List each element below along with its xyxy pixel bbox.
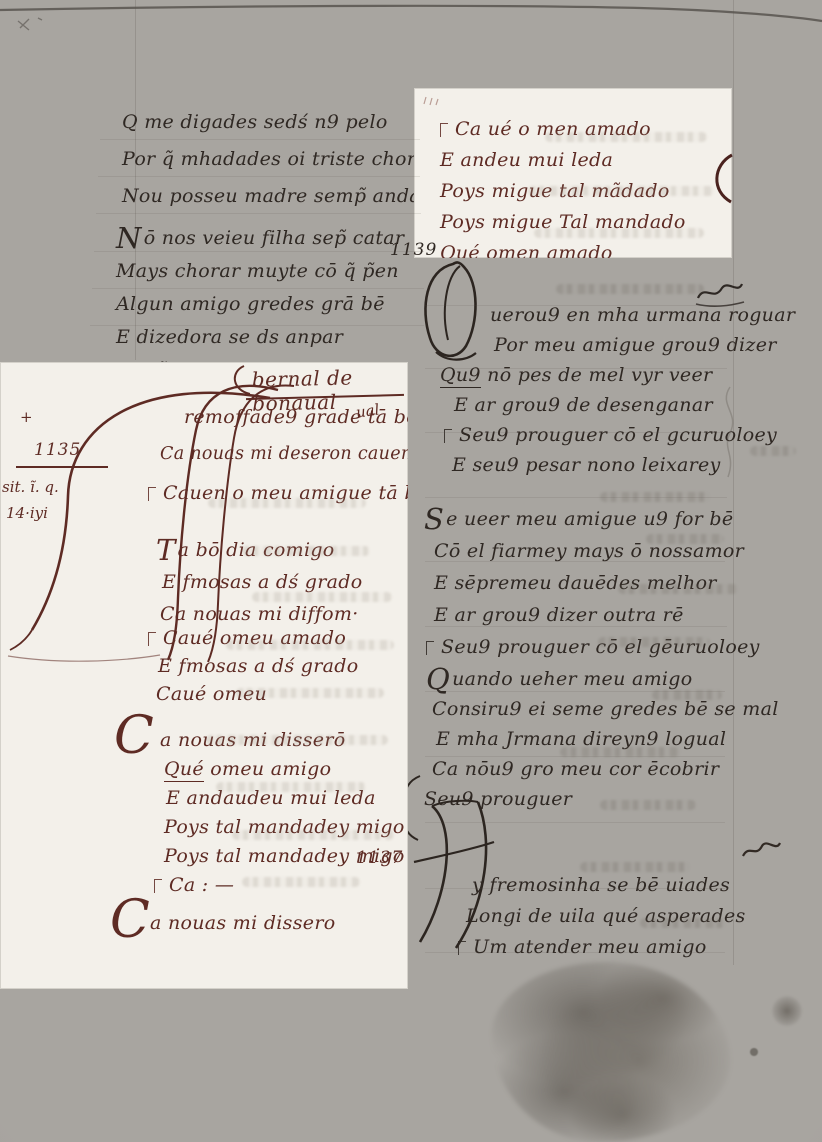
show-through-line xyxy=(598,637,710,647)
verse-line: a nouas mi dissero xyxy=(150,912,335,934)
ruling-line xyxy=(425,822,725,823)
ruling-line xyxy=(425,888,725,889)
ruling-line xyxy=(90,325,424,326)
verse-line: Seu9 prouguer cō el gēuruoloey xyxy=(426,631,760,663)
ruling-line xyxy=(425,691,725,692)
margin-note-1: sit. ĩ. q. xyxy=(2,478,59,496)
ruling-line xyxy=(425,626,727,627)
initial-letter: T xyxy=(156,533,176,567)
show-through-line xyxy=(206,735,388,745)
show-through-line xyxy=(545,132,707,142)
ruling-line xyxy=(425,756,725,757)
verse-line: Mays chorar muyte cō q̃ p̃en xyxy=(116,255,404,288)
verse-line: Qué omen amado xyxy=(440,238,686,258)
initial-letter: S xyxy=(424,502,444,536)
ruling-line xyxy=(425,561,725,562)
ruling-line xyxy=(96,213,421,214)
verse-line: E fmosas a dś grado xyxy=(158,652,358,680)
verse-line: E andeu mui leda xyxy=(440,145,686,176)
show-through-line xyxy=(646,534,724,544)
show-through-line xyxy=(208,498,366,508)
verse-line: Ca nouas mi deseron cauen o meu p̃ amigo xyxy=(160,444,408,464)
ruling-vertical-right xyxy=(733,0,734,965)
stanza-ca-nouas: a nouas mi disserōQué omeu amigoE andaud… xyxy=(152,726,405,900)
show-through-line xyxy=(242,546,370,556)
insertion-mark xyxy=(426,641,434,655)
show-through-line xyxy=(232,830,394,840)
insertion-mark xyxy=(148,487,156,501)
ruling-line xyxy=(425,497,727,498)
show-through-line xyxy=(534,228,704,238)
corner-scribble-icon xyxy=(14,10,54,36)
verse-line: Qué omeu amigo xyxy=(164,755,405,784)
show-through-line xyxy=(750,446,796,456)
crescent-mark-icon xyxy=(706,152,736,204)
ruling-line xyxy=(425,368,727,369)
verse-line: Algun amigo gredes grā bē xyxy=(116,288,404,321)
tiny-stain-dot xyxy=(750,1048,758,1056)
margin-plus-mark: + xyxy=(20,408,33,426)
initial-C: C xyxy=(110,894,150,946)
show-through-line xyxy=(252,592,392,602)
manuscript-photo: Q me digades sedś n9 peloPor q̃ mhadades… xyxy=(0,0,822,1142)
verse-line: Ca nōu9 gro meu cor ēcobrir xyxy=(432,754,779,784)
show-through-line xyxy=(242,877,360,887)
show-through-line xyxy=(600,800,696,810)
pen-trial-marks-icon xyxy=(422,94,442,108)
insertion-mark xyxy=(148,632,156,646)
show-through-line xyxy=(618,584,738,594)
show-through-line xyxy=(216,782,366,792)
insertion-mark xyxy=(440,123,448,137)
verse-line: Um atender meu amigo xyxy=(458,932,746,963)
verse-line: y fremosinha se bē uiades xyxy=(472,870,746,901)
insertion-mark xyxy=(154,879,162,893)
stanza-quando: Quando ueher meu amigoConsiru9 ei seme g… xyxy=(422,664,779,814)
page-top-edge xyxy=(0,0,822,26)
margin-scribble-icon xyxy=(740,836,782,864)
ruling-line xyxy=(92,288,424,289)
verse-line: remoffade9 grade tā bō dia comigo xyxy=(184,406,408,428)
ruling-line xyxy=(425,952,725,953)
ink-stain xyxy=(492,962,730,1142)
small-stain-spot xyxy=(772,996,802,1026)
show-through-line xyxy=(640,918,726,928)
margin-number-underline xyxy=(16,466,108,468)
ruling-line xyxy=(425,305,725,306)
ruling-line xyxy=(98,176,420,177)
ruling-line xyxy=(94,251,424,252)
initial-letter: N xyxy=(116,221,142,255)
show-through-line xyxy=(236,688,384,698)
show-through-line xyxy=(556,284,704,294)
margin-number-1135: 1135 xyxy=(34,440,81,460)
margin-note-2: 14·iyi xyxy=(6,504,48,522)
ruling-line xyxy=(425,432,725,433)
show-through-line xyxy=(226,640,394,650)
verse-line: Se ueer meu amigue u9 for bē xyxy=(424,503,760,535)
overlay-patch-left: bernal de bonaual ual + 1135 sit. ĩ. q. … xyxy=(0,362,408,989)
verse-line: Quando ueher meu amigo xyxy=(426,664,779,694)
stanza-ay-fremosinha: y fremosinha se bē uiadesLongi de uila q… xyxy=(466,870,746,963)
show-through-line xyxy=(580,862,690,872)
verse-line: Por meu amigue grou9 dizer xyxy=(494,330,795,360)
initial-C: C xyxy=(114,710,154,762)
ruling-line xyxy=(100,139,420,140)
show-through-line xyxy=(528,186,714,196)
verse-line: E sēpremeu dauēdes melhor xyxy=(434,567,760,599)
verse-line: Consiru9 ei seme gredes bē se mal xyxy=(432,694,779,724)
margin-number-1137: 1137 xyxy=(356,848,403,868)
